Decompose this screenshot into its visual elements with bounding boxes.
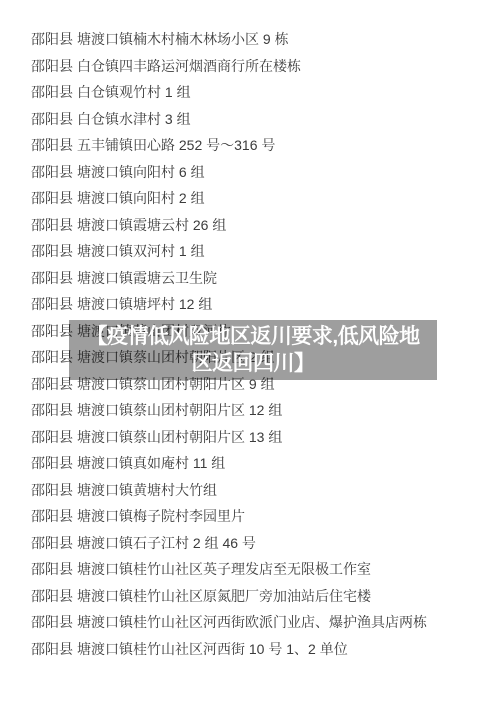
county-label: 邵阳县 <box>31 135 77 155</box>
list-item: 邵阳县塘渡口镇真如庵村 11 组 <box>0 450 500 477</box>
address-text: 白仓镇观竹村 1 组 <box>77 82 191 102</box>
county-label: 邵阳县 <box>31 506 77 526</box>
address-text: 塘渡口镇桂竹山社区河西街欧派门业店、爆护渔具店两栋 <box>77 612 427 632</box>
risk-area-list-page: 邵阳县塘渡口镇楠木村楠木林场小区 9 栋邵阳县白仓镇四丰路运河烟酒商行所在楼栋邵… <box>0 0 500 707</box>
address-text: 塘渡口镇桂竹山社区河西街 10 号 1、2 单位 <box>77 639 348 659</box>
address-text: 塘渡口镇向阳村 2 组 <box>77 188 205 208</box>
address-text: 塘渡口镇向阳村 6 组 <box>77 162 205 182</box>
list-item: 邵阳县塘渡口镇双河村 1 组 <box>0 238 500 265</box>
address-text: 塘渡口镇楠木村楠木林场小区 9 栋 <box>77 29 289 49</box>
county-label: 邵阳县 <box>31 612 77 632</box>
address-text: 塘渡口镇黄塘村大竹组 <box>77 480 217 500</box>
address-text: 塘渡口镇蔡山团村朝阳片区 12 组 <box>77 400 282 420</box>
list-item: 邵阳县白仓镇观竹村 1 组 <box>0 79 500 106</box>
list-item: 邵阳县五丰铺镇田心路 252 号～316 号 <box>0 132 500 159</box>
county-label: 邵阳县 <box>31 533 77 553</box>
list-item: 邵阳县塘渡口镇桂竹山社区河西街 10 号 1、2 单位 <box>0 636 500 663</box>
list-item: 邵阳县塘渡口镇桂竹山社区原氮肥厂旁加油站后住宅楼 <box>0 583 500 610</box>
county-label: 邵阳县 <box>31 162 77 182</box>
county-label: 邵阳县 <box>31 188 77 208</box>
county-label: 邵阳县 <box>31 453 77 473</box>
list-item: 邵阳县白仓镇四丰路运河烟酒商行所在楼栋 <box>0 53 500 80</box>
county-label: 邵阳县 <box>31 268 77 288</box>
list-item: 邵阳县塘渡口镇梅子院村李园里片 <box>0 503 500 530</box>
list-item: 邵阳县塘渡口镇石子江村 2 组 46 号 <box>0 530 500 557</box>
list-item: 邵阳县塘渡口镇蔡山团村朝阳片区 13 组 <box>0 424 500 451</box>
overlay-title-banner: 【疫情低风险地区返川要求,低风险地 区返回四川】 <box>69 320 437 380</box>
list-item: 邵阳县塘渡口镇塘坪村 12 组 <box>0 291 500 318</box>
county-label: 邵阳县 <box>31 400 77 420</box>
list-item: 邵阳县白仓镇水津村 3 组 <box>0 106 500 133</box>
address-text: 塘渡口镇双河村 1 组 <box>77 241 205 261</box>
list-item: 邵阳县塘渡口镇向阳村 6 组 <box>0 159 500 186</box>
list-item: 邵阳县塘渡口镇桂竹山社区英子理发店至无限极工作室 <box>0 556 500 583</box>
county-label: 邵阳县 <box>31 586 77 606</box>
address-text: 塘渡口镇石子江村 2 组 46 号 <box>77 533 256 553</box>
address-text: 塘渡口镇桂竹山社区英子理发店至无限极工作室 <box>77 559 371 579</box>
address-text: 塘渡口镇真如庵村 11 组 <box>77 453 225 473</box>
address-text: 塘渡口镇塘坪村 12 组 <box>77 294 212 314</box>
address-text: 五丰铺镇田心路 252 号～316 号 <box>77 135 275 155</box>
address-text: 塘渡口镇梅子院村李园里片 <box>77 506 245 526</box>
county-label: 邵阳县 <box>31 559 77 579</box>
county-label: 邵阳县 <box>31 215 77 235</box>
address-text: 塘渡口镇霞塘云村 26 组 <box>77 215 226 235</box>
list-item: 邵阳县塘渡口镇向阳村 2 组 <box>0 185 500 212</box>
list-item: 邵阳县塘渡口镇蔡山团村朝阳片区 12 组 <box>0 397 500 424</box>
overlay-title-line-1: 【疫情低风险地区返川要求,低风险地 <box>86 323 419 350</box>
address-text: 塘渡口镇蔡山团村朝阳片区 13 组 <box>77 427 282 447</box>
county-label: 邵阳县 <box>31 56 77 76</box>
list-item: 邵阳县塘渡口镇霞塘云村 26 组 <box>0 212 500 239</box>
address-text: 白仓镇四丰路运河烟酒商行所在楼栋 <box>77 56 301 76</box>
list-item: 邵阳县塘渡口镇桂竹山社区河西街欧派门业店、爆护渔具店两栋 <box>0 609 500 636</box>
address-text: 塘渡口镇桂竹山社区原氮肥厂旁加油站后住宅楼 <box>77 586 371 606</box>
county-label: 邵阳县 <box>31 109 77 129</box>
county-label: 邵阳县 <box>31 29 77 49</box>
county-label: 邵阳县 <box>31 294 77 314</box>
county-label: 邵阳县 <box>31 427 77 447</box>
county-label: 邵阳县 <box>31 241 77 261</box>
list-item: 邵阳县塘渡口镇黄塘村大竹组 <box>0 477 500 504</box>
overlay-title-line-2: 区返回四川】 <box>192 350 315 377</box>
address-text: 塘渡口镇霞塘云卫生院 <box>77 268 217 288</box>
county-label: 邵阳县 <box>31 82 77 102</box>
county-label: 邵阳县 <box>31 480 77 500</box>
county-label: 邵阳县 <box>31 639 77 659</box>
list-item: 邵阳县塘渡口镇霞塘云卫生院 <box>0 265 500 292</box>
list-item: 邵阳县塘渡口镇楠木村楠木林场小区 9 栋 <box>0 26 500 53</box>
address-text: 白仓镇水津村 3 组 <box>77 109 191 129</box>
